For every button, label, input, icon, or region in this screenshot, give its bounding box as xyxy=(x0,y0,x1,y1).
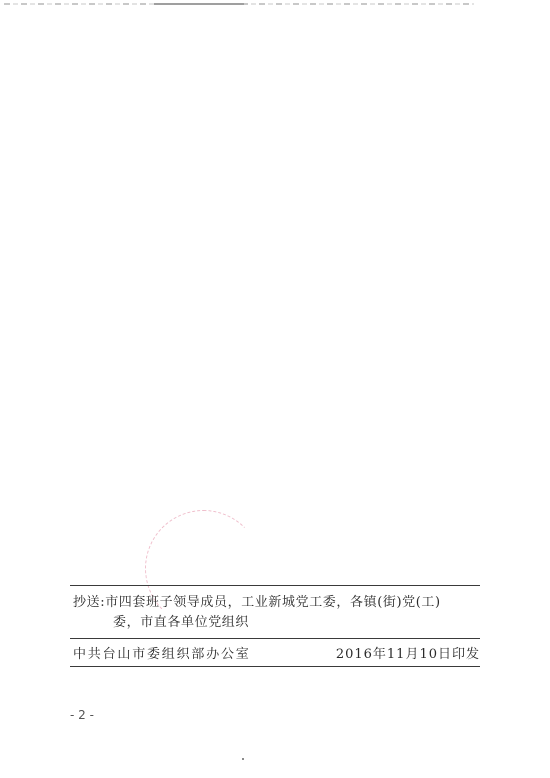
cc-recipients: 抄送:市四套班子领导成员，工业新城党工委，各镇(街)党(工) 委，市直各单位党组… xyxy=(73,593,483,633)
scan-speck xyxy=(242,758,244,760)
divider-bottom xyxy=(70,666,480,667)
issue-date: 2016年11月10日印发 xyxy=(336,643,480,662)
page-number: - 2 - xyxy=(70,708,94,722)
cc-line-2: 委，市直各单位党组织 xyxy=(73,613,483,633)
scan-top-edge xyxy=(4,3,474,5)
issuer: 中共台山市委组织部办公室 xyxy=(73,643,251,662)
cc-label: 抄送: xyxy=(73,595,105,610)
cc-line-1: 市四套班子领导成员，工业新城党工委，各镇(街)党(工) xyxy=(105,595,441,610)
divider-middle xyxy=(70,638,480,639)
divider-top xyxy=(70,585,480,586)
